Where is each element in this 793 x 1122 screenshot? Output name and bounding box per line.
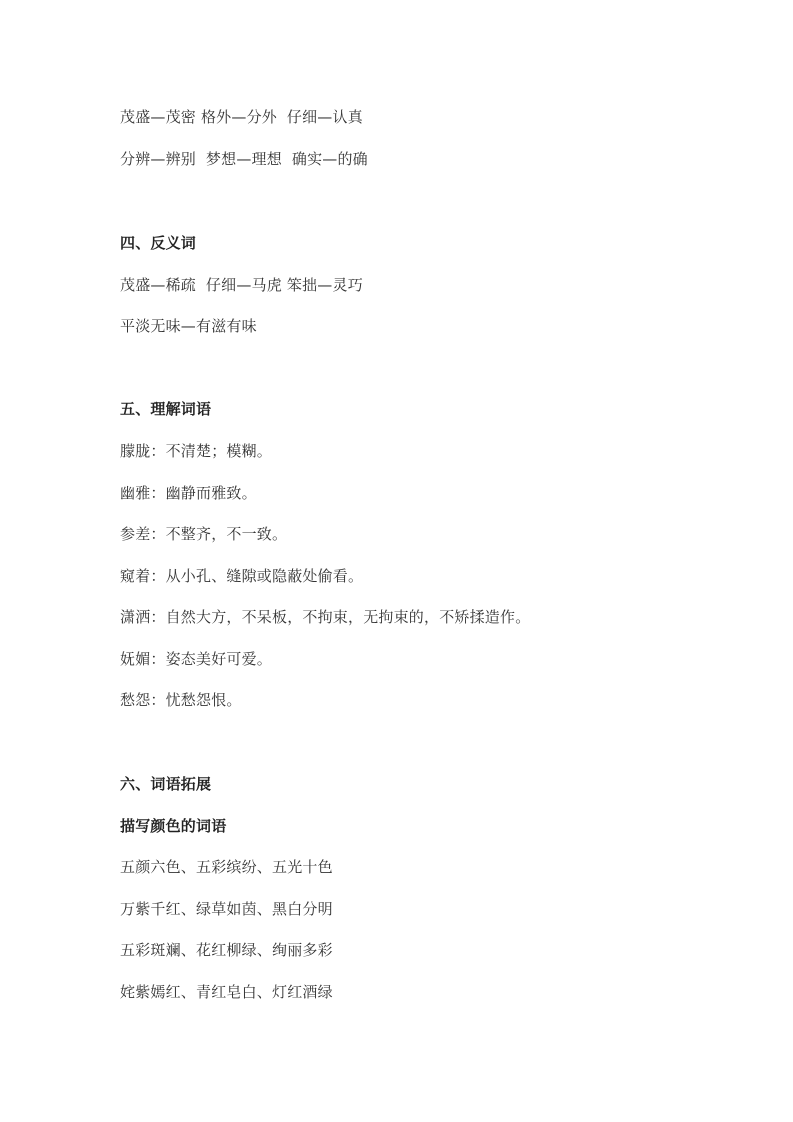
vocabulary-definition: 潇洒：自然大方，不呆板，不拘束，无拘束的，不矫揉造作。	[120, 607, 530, 627]
color-words-line: 姹紫嫣红、青红皂白、灯红酒绿	[120, 982, 333, 1002]
antonym-line: 平淡无味—有滋有味	[120, 316, 257, 336]
vocabulary-definition: 参差：不整齐，不一致。	[120, 524, 287, 544]
vocabulary-definition: 朦胧：不清楚；模糊。	[120, 441, 272, 461]
color-words-line: 五颜六色、五彩缤纷、五光十色	[120, 857, 333, 877]
section-heading-expansion: 六、词语拓展	[120, 774, 211, 794]
antonym-line: 茂盛—稀疏 仔细—马虎 笨拙—灵巧	[120, 275, 363, 295]
vocabulary-definition: 幽雅：幽静而雅致。	[120, 483, 257, 503]
section-heading-vocabulary: 五、理解词语	[120, 399, 211, 419]
color-words-line: 万紫千红、绿草如茵、黑白分明	[120, 899, 333, 919]
document-page: 茂盛—茂密 格外—分外 仔细—认真 分辨—辨别 梦想—理想 确实—的确 四、反义…	[0, 0, 793, 1122]
color-words-line: 五彩斑斓、花红柳绿、绚丽多彩	[120, 940, 333, 960]
synonym-line: 茂盛—茂密 格外—分外 仔细—认真	[120, 107, 363, 127]
vocabulary-definition: 窥着：从小孔、缝隙或隐蔽处偷看。	[120, 566, 363, 586]
section-heading-antonyms: 四、反义词	[120, 233, 196, 253]
synonym-line: 分辨—辨别 梦想—理想 确实—的确	[120, 149, 368, 169]
vocabulary-definition: 妩媚：姿态美好可爱。	[120, 649, 272, 669]
subheading-color-words: 描写颜色的词语	[120, 816, 226, 836]
vocabulary-definition: 愁怨：忧愁怨恨。	[120, 690, 242, 710]
